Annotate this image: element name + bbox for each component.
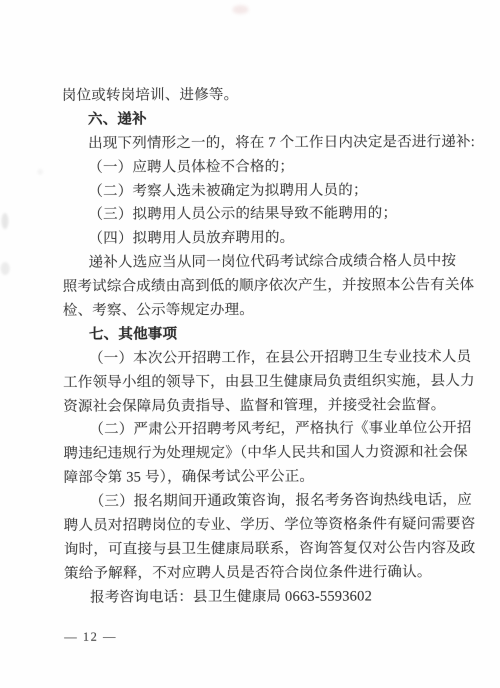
text-line: 聘违纪违规行为处理规定》（中华人民共和国人力资源和社会保: [63, 441, 473, 467]
text-line: 障部令第 35 号），确保考试公平公正。: [64, 465, 474, 491]
text-line: 岗位或转岗培训、进修等。: [62, 83, 472, 109]
scan-smudge: [37, 169, 43, 175]
section-heading: 七、其他事项: [63, 322, 473, 348]
scan-smudge: [1, 262, 10, 275]
section-heading: 六、递补: [62, 107, 472, 133]
page-number: — 12 —: [64, 630, 117, 645]
scan-smudge: [1, 213, 8, 229]
scan-smudge: [233, 5, 249, 14]
text-line: 照考试综合成绩由高到低的顺序依次产生，并按照本公告有关体: [63, 274, 473, 300]
text-line: 检、考察、公示等规定办理。: [63, 298, 473, 324]
text-line: （二）严肃公开招聘考风考纪，严格执行《事业单位公开招: [63, 417, 473, 443]
text-line: 出现下列情形之一的，将在 7 个工作日内决定是否进行递补:: [62, 131, 472, 157]
text-line: 资源社会保障局负责指导、监督和管理，并接受社会监督。: [63, 394, 473, 420]
contact-phone-line: 报考咨询电话：县卫生健康局 0663-5593602: [64, 585, 474, 611]
text-line: （三）报名期间开通政策咨询，报名考务咨询热线电话，应: [64, 489, 474, 515]
text-line: 递补人选应当从同一岗位代码考试综合成绩合格人员中按: [63, 250, 473, 276]
list-item: （四）拟聘用人员放弃聘用的。: [62, 226, 472, 252]
list-item: （三）拟聘用人员公示的结果导致不能聘用的；: [62, 202, 472, 228]
text-line: 策给予解释，不对应聘人员是否符合岗位条件进行确认。: [64, 561, 474, 587]
list-item: （二）考察人选未被确定为拟聘用人员的；: [62, 179, 472, 205]
text-line: 工作领导小组的领导下，由县卫生健康局负责组织实施，县人力: [63, 370, 473, 396]
document-page: 岗位或转岗培训、进修等。 六、递补 出现下列情形之一的，将在 7 个工作日内决定…: [0, 0, 500, 688]
text-line: 聘人员对招聘岗位的专业、学历、学位等资格条件有疑问需要咨: [64, 513, 474, 539]
text-line: （一）本次公开招聘工作，在县公开招聘卫生专业技术人员: [63, 346, 473, 372]
list-item: （一）应聘人员体检不合格的；: [62, 155, 472, 181]
document-body: 岗位或转岗培训、进修等。 六、递补 出现下列情形之一的，将在 7 个工作日内决定…: [62, 83, 474, 610]
text-line: 询时，可直接与县卫生健康局联系，咨询答复仅对公告内容及政: [64, 537, 474, 563]
